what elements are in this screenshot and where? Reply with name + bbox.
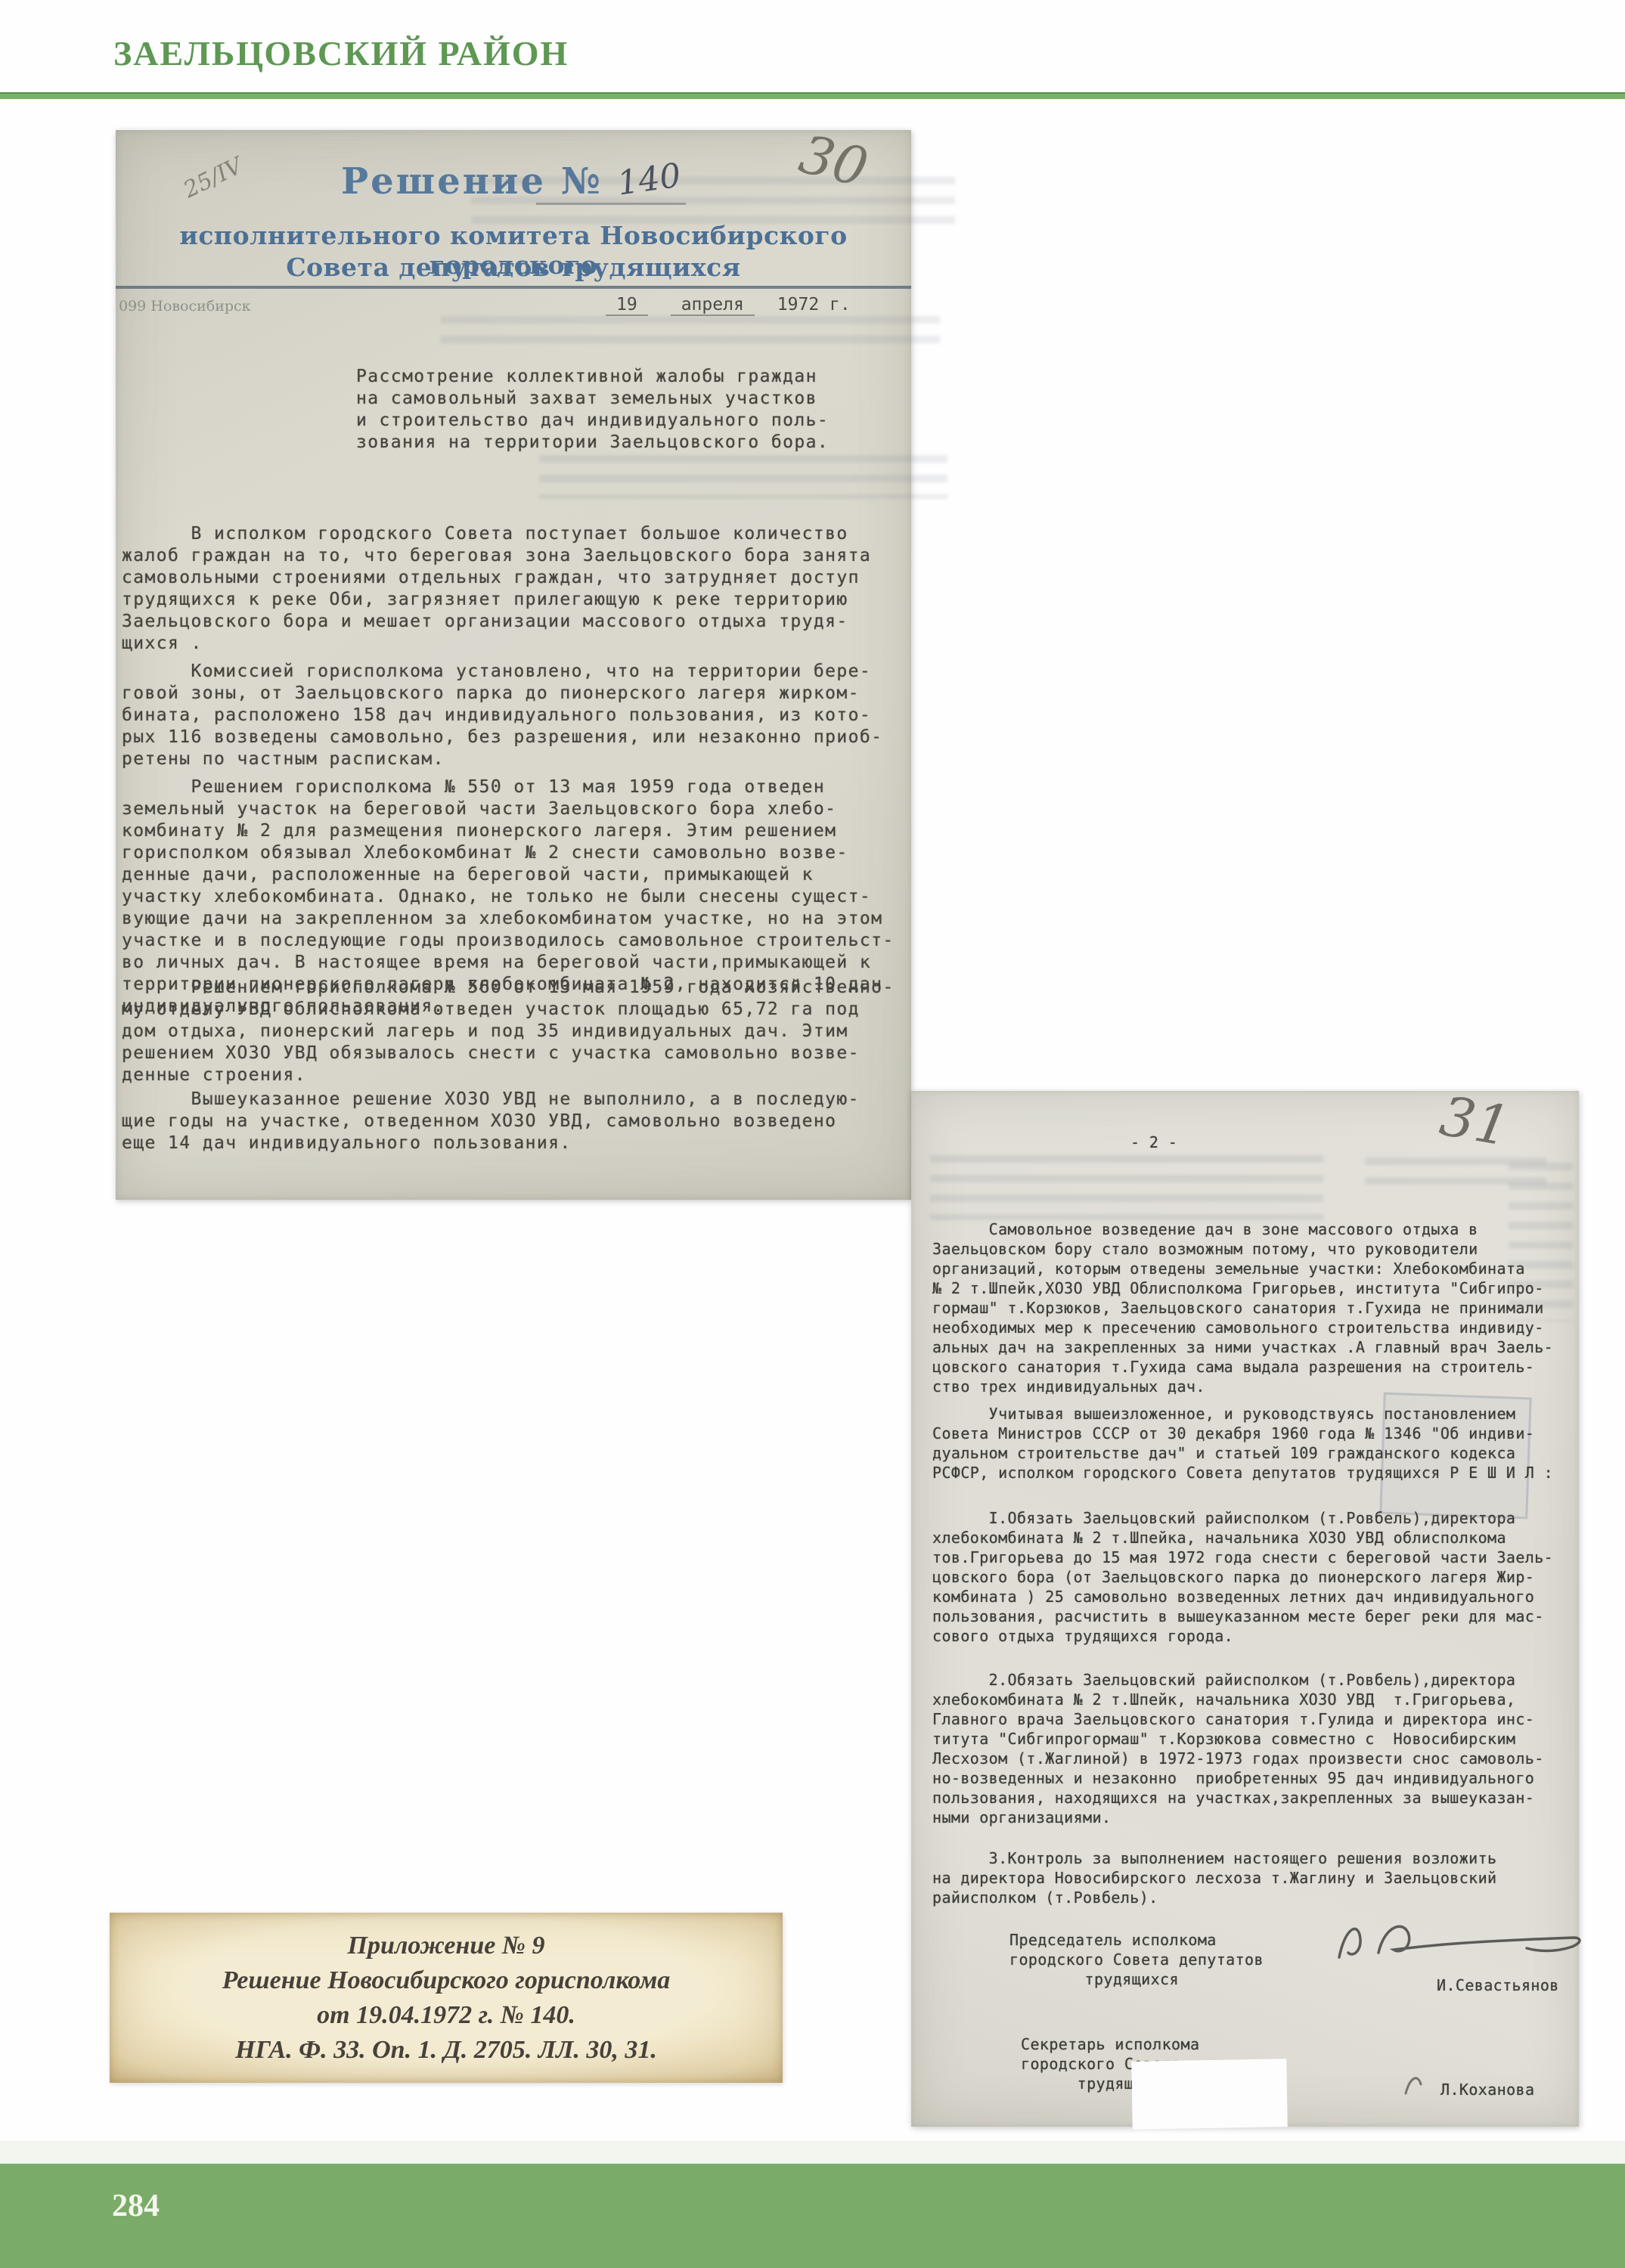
secretary-signature-icon — [1401, 2071, 1431, 2098]
handwritten-date-note: 25/IV — [179, 153, 247, 203]
letterhead-address: 099 Новосибирск — [119, 298, 251, 314]
caption-date-number: от 19.04.1972 г. № 140. — [317, 1998, 575, 2033]
bleedthrough-smudge — [930, 1155, 1323, 1220]
typed-paragraph: Самовольное возведение дач в зоне массов… — [932, 1219, 1560, 1396]
white-patch — [1131, 2059, 1288, 2130]
letterhead-separator-rule — [116, 286, 911, 289]
typed-paragraph: Учитывая вышеизложенное, и руководствуяс… — [932, 1404, 1560, 1483]
date-month: апреля — [671, 295, 755, 316]
document-scan-sheet-30: 25/IV 30 Решение №140 исполнительного ко… — [116, 130, 911, 1200]
typed-paragraph: Решением горисполкома № 560 от 13 мая 19… — [122, 977, 905, 1086]
signature-role-chairman: Председатель исполкома городского Совета… — [1009, 1930, 1264, 1989]
caption-document-title: Решение Новосибирского горисполкома — [222, 1963, 671, 1998]
subject-paragraph: Рассмотрение коллективной жалобы граждан… — [356, 366, 829, 454]
bleedthrough-smudge — [471, 177, 955, 236]
book-page: ЗАЕЛЬЦОВСКИЙ РАЙОН 25/IV 30 Решение №140… — [0, 0, 1625, 2268]
archive-caption-card: Приложение № 9 Решение Новосибирского го… — [110, 1913, 783, 2083]
typed-paragraph: 3.Контроль за выполнением настоящего реш… — [932, 1848, 1560, 1907]
typed-paragraph: В исполком городского Совета поступает б… — [122, 523, 905, 655]
header-rule — [0, 92, 1625, 99]
bleedthrough-smudge — [539, 455, 947, 499]
date-year: 1972 г. — [777, 295, 851, 314]
caption-appendix-number: Приложение № 9 — [348, 1929, 545, 1963]
page-footer: 284 — [0, 2164, 1625, 2268]
chairman-signature-icon — [1329, 1913, 1586, 1972]
typed-paragraph: Вышеуказанное решение ХОЗО УВД не выполн… — [122, 1089, 905, 1154]
bleedthrough-smudge — [441, 316, 940, 355]
typed-paragraph: I.Обязать Заельцовский райисполком (т.Ро… — [932, 1508, 1560, 1646]
signature-name-chairman: И.Севастьянов — [1437, 1975, 1559, 1995]
letterhead-org-line2: Совета депутатов трудящихся — [116, 253, 911, 282]
page-number-label: - 2 - — [1130, 1132, 1177, 1152]
section-title: ЗАЕЛЬЦОВСКИЙ РАЙОН — [113, 33, 569, 73]
handwritten-sheet-number: 31 — [1435, 1084, 1515, 1159]
document-scan-sheet-31: 31 - 2 - Самовольное возведение дач в зо… — [911, 1091, 1579, 2127]
signature-name-secretary: Л.Коханова — [1440, 2080, 1534, 2099]
date-day: 19 — [606, 295, 648, 316]
letterhead-date-line: 19апреля1972 г. — [606, 295, 851, 314]
page-number: 284 — [112, 2188, 160, 2224]
footer-tint-strip — [0, 2141, 1625, 2164]
caption-archive-reference: НГА. Ф. 33. Оп. 1. Д. 2705. ЛЛ. 30, 31. — [235, 2033, 657, 2068]
typed-paragraph: Комиссией горисполкома установлено, что … — [122, 661, 905, 770]
typed-paragraph: 2.Обязать Заельцовский райисполком (т.Ро… — [932, 1670, 1560, 1827]
